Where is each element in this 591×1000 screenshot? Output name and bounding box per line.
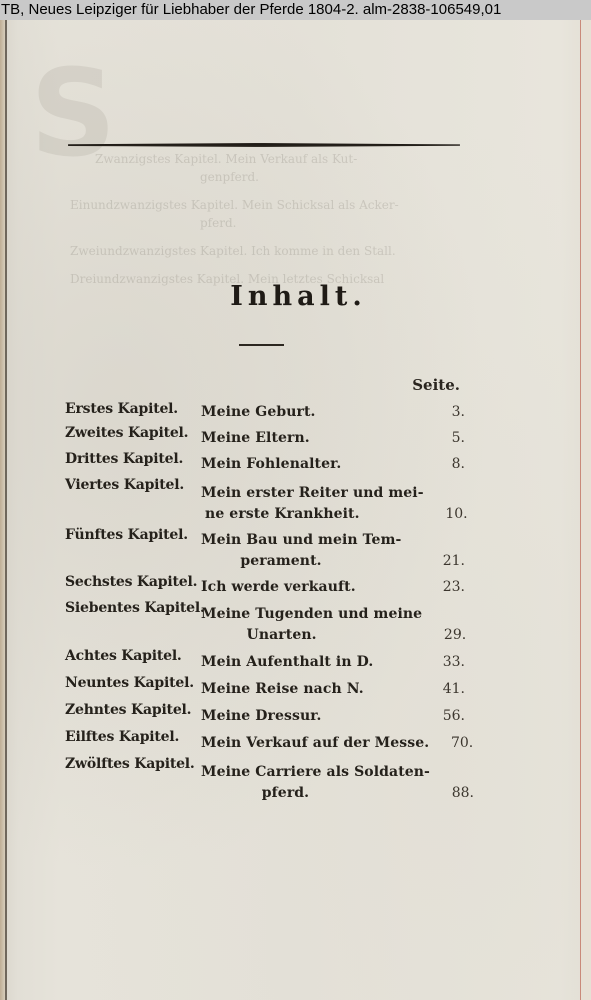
bleed-through-line: Zweiundzwanzigstes Kapitel. Ich komme in… <box>70 244 396 258</box>
bleed-through-line: genpferd. <box>200 170 259 184</box>
toc-title-line: Meine Tugenden und meine <box>201 604 422 625</box>
toc-page-number: 29. <box>422 625 466 646</box>
toc-entry: Achtes Kapitel. Mein Aufenthalt in D. 33… <box>65 646 465 673</box>
toc-entry: Zweites Kapitel. Meine Eltern. 5. <box>65 423 465 449</box>
page-column-header: Seite. <box>410 376 460 394</box>
toc-chapter-title: Meine Reise nach N. <box>201 679 421 700</box>
toc-chapter-label: Drittes Kapitel. <box>65 449 201 470</box>
toc-page-number: 88. <box>430 783 474 804</box>
toc-entry: Siebentes Kapitel. Meine Tugenden und me… <box>65 598 465 646</box>
toc-page-number: 41. <box>421 679 465 700</box>
toc-entry: Fünftes Kapitel. Mein Bau und mein Tem- … <box>65 525 465 572</box>
toc-title-line: Mein Aufenthalt in D. <box>201 652 421 673</box>
page-gutter-line <box>5 20 7 1000</box>
toc-chapter-label: Zwölftes Kapitel. <box>65 754 201 775</box>
toc-entry: Zehntes Kapitel. Meine Dressur. 56. <box>65 700 465 727</box>
toc-chapter-label: Sechstes Kapitel. <box>65 572 201 593</box>
toc-page-number: 3. <box>421 402 465 423</box>
toc-chapter-title: Meine Tugenden und meine Unarten. <box>201 604 422 646</box>
bleed-through-line: Zwanzigstes Kapitel. Mein Verkauf als Ku… <box>95 152 357 166</box>
toc-chapter-label: Erstes Kapitel. <box>65 399 201 420</box>
toc-entry: Viertes Kapitel. Mein erster Reiter und … <box>65 475 465 525</box>
toc-chapter-title: Mein Verkauf auf der Messe. <box>201 733 429 754</box>
toc-entry: Erstes Kapitel. Meine Geburt. 3. <box>65 399 465 423</box>
toc-title-continuation: ne erste Krankheit. <box>201 504 424 525</box>
toc-chapter-title: Meine Carriere als Soldaten- pferd. <box>201 762 430 804</box>
toc-title-line: Meine Geburt. <box>201 402 421 423</box>
toc-chapter-label: Achtes Kapitel. <box>65 646 201 667</box>
toc-page-number: 23. <box>421 577 465 598</box>
page-title: Inhalt. <box>0 281 591 312</box>
toc-page-number: 10. <box>424 504 468 525</box>
toc-entry: Neuntes Kapitel. Meine Reise nach N. 41. <box>65 673 465 700</box>
toc-chapter-title: Mein Fohlenalter. <box>201 454 421 475</box>
toc-title-line: Meine Carriere als Soldaten- <box>201 762 430 783</box>
toc-title-line: Mein Verkauf auf der Messe. <box>201 733 429 754</box>
toc-entry: Zwölftes Kapitel. Meine Carriere als Sol… <box>65 754 465 804</box>
toc-title-line: Meine Eltern. <box>201 428 421 449</box>
toc-chapter-label: Siebentes Kapitel. <box>65 598 201 619</box>
document-caption: TB, Neues Leipziger für Liebhaber der Pf… <box>0 0 591 20</box>
toc-chapter-title: Mein Aufenthalt in D. <box>201 652 421 673</box>
toc-chapter-label: Neuntes Kapitel. <box>65 673 201 694</box>
toc-title-continuation: perament. <box>201 551 421 572</box>
toc-entry: Drittes Kapitel. Mein Fohlenalter. 8. <box>65 449 465 475</box>
toc-chapter-title: Meine Eltern. <box>201 428 421 449</box>
toc-chapter-label: Zehntes Kapitel. <box>65 700 201 721</box>
toc-title-line: Ich werde verkauft. <box>201 577 421 598</box>
toc-title-continuation: Unarten. <box>201 625 422 646</box>
toc-page-number: 5. <box>421 428 465 449</box>
toc-chapter-title: Meine Dressur. <box>201 706 421 727</box>
page-right-edge <box>580 20 581 1000</box>
toc-title-line: Meine Dressur. <box>201 706 421 727</box>
toc-chapter-label: Zweites Kapitel. <box>65 423 201 444</box>
toc-title-line: Mein erster Reiter und mei- <box>201 483 424 504</box>
toc-title-line: Mein Bau und mein Tem- <box>201 530 421 551</box>
page-right-margin <box>581 20 591 1000</box>
toc-chapter-title: Mein erster Reiter und mei- ne erste Kra… <box>201 483 424 525</box>
toc-chapter-title: Ich werde verkauft. <box>201 577 421 598</box>
toc-title-line: Meine Reise nach N. <box>201 679 421 700</box>
title-underline <box>239 344 284 346</box>
toc-chapter-label: Eilftes Kapitel. <box>65 727 201 748</box>
bleed-through-line: pferd. <box>200 216 236 230</box>
toc-title-line: Mein Fohlenalter. <box>201 454 421 475</box>
toc-page-number: 70. <box>429 733 473 754</box>
toc-entry: Sechstes Kapitel. Ich werde verkauft. 23… <box>65 572 465 598</box>
toc-page-number: 8. <box>421 454 465 475</box>
table-of-contents: Erstes Kapitel. Meine Geburt. 3. Zweites… <box>65 399 465 804</box>
toc-chapter-title: Meine Geburt. <box>201 402 421 423</box>
toc-chapter-title: Mein Bau und mein Tem- perament. <box>201 530 421 572</box>
toc-page-number: 33. <box>421 652 465 673</box>
toc-chapter-label: Fünftes Kapitel. <box>65 525 201 546</box>
toc-title-continuation: pferd. <box>201 783 430 804</box>
bleed-through-line: Einundzwanzigstes Kapitel. Mein Schicksa… <box>70 198 399 212</box>
toc-page-number: 21. <box>421 551 465 572</box>
toc-entry: Eilftes Kapitel. Mein Verkauf auf der Me… <box>65 727 465 754</box>
toc-chapter-label: Viertes Kapitel. <box>65 475 201 496</box>
toc-page-number: 56. <box>421 706 465 727</box>
